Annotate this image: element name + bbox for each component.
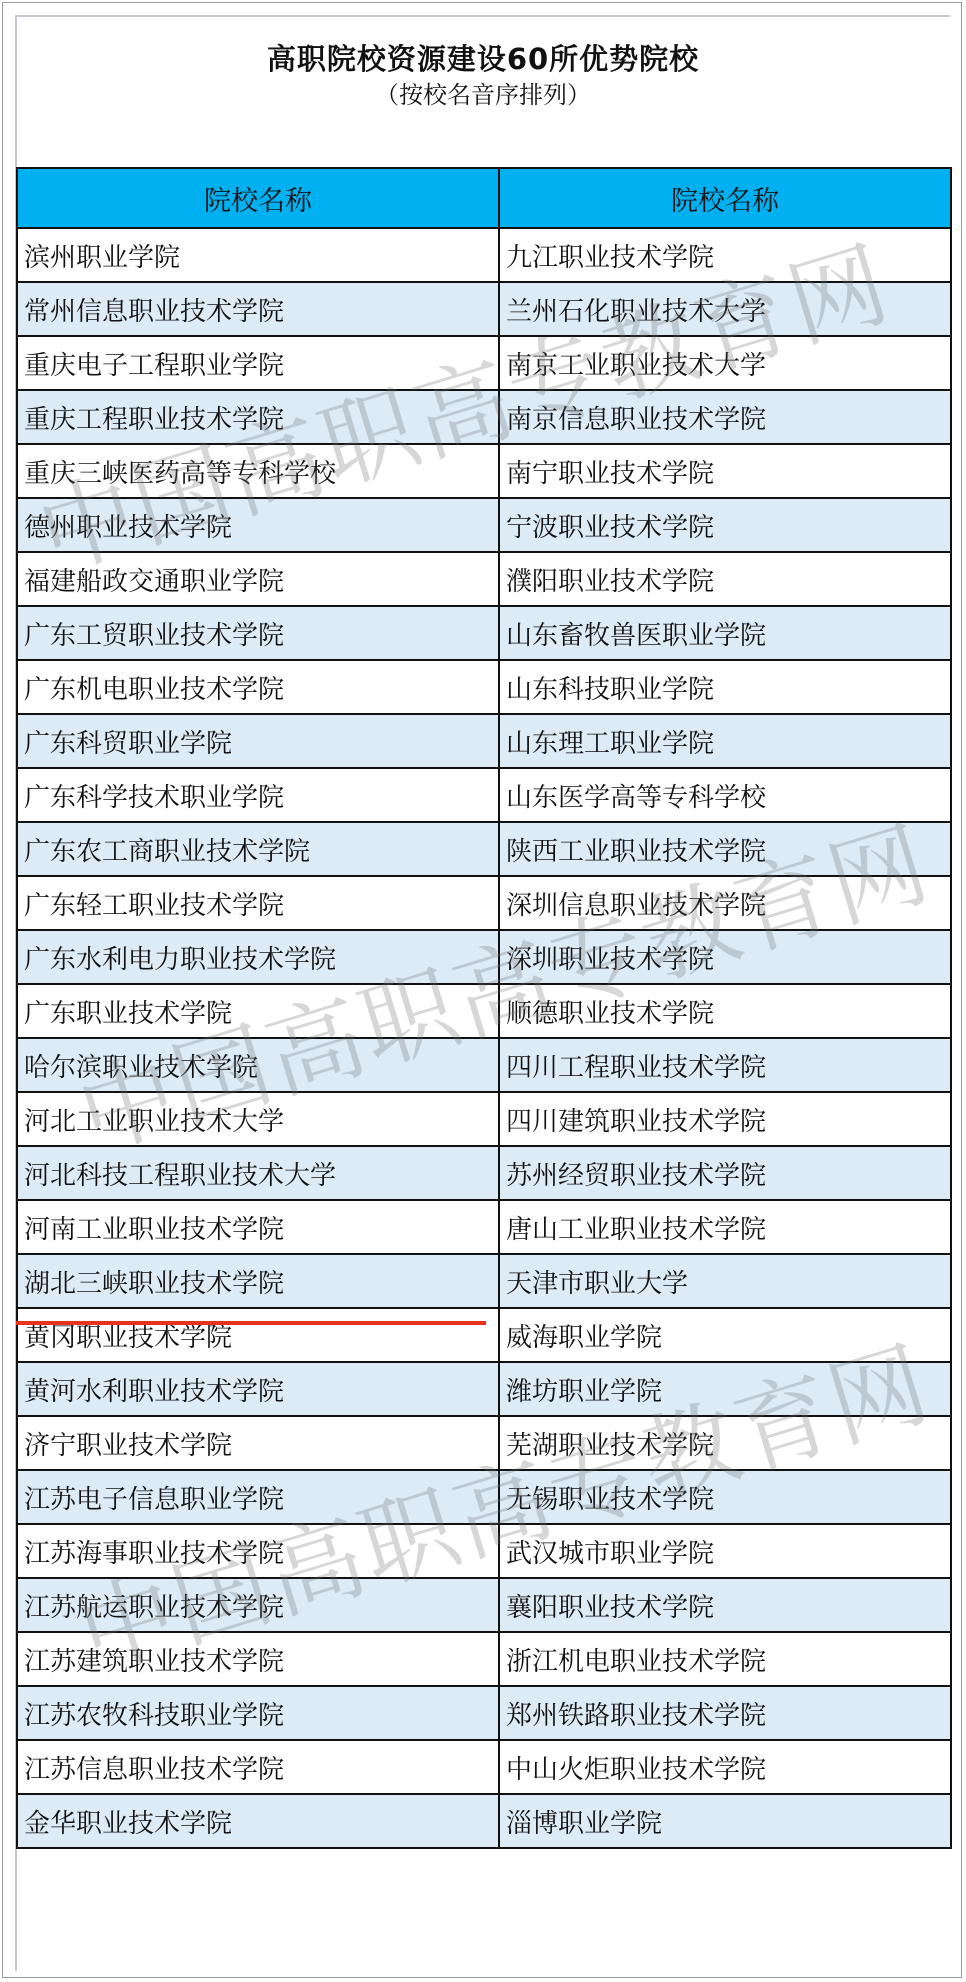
table-row: 江苏电子信息职业学院无锡职业技术学院: [17, 1470, 951, 1524]
school-name-right: 淄博职业学院: [499, 1794, 951, 1848]
school-name-right: 九江职业技术学院: [499, 228, 951, 282]
table-row: 湖北三峡职业技术学院天津市职业大学: [17, 1254, 951, 1308]
school-name-left: 广东轻工职业技术学院: [17, 876, 499, 930]
school-name-right: 芜湖职业技术学院: [499, 1416, 951, 1470]
table-row: 金华职业技术学院淄博职业学院: [17, 1794, 951, 1848]
table-row: 黄河水利职业技术学院潍坊职业学院: [17, 1362, 951, 1416]
school-name-left: 哈尔滨职业技术学院: [17, 1038, 499, 1092]
school-name-right: 深圳信息职业技术学院: [499, 876, 951, 930]
school-name-right: 陕西工业职业技术学院: [499, 822, 951, 876]
school-name-right: 襄阳职业技术学院: [499, 1578, 951, 1632]
school-name-left: 德州职业技术学院: [17, 498, 499, 552]
school-name-right: 唐山工业职业技术学院: [499, 1200, 951, 1254]
school-name-left: 江苏海事职业技术学院: [17, 1524, 499, 1578]
school-name-left: 江苏航运职业技术学院: [17, 1578, 499, 1632]
school-name-right: 山东畜牧兽医职业学院: [499, 606, 951, 660]
table-row: 哈尔滨职业技术学院四川工程职业技术学院: [17, 1038, 951, 1092]
school-name-left: 广东科学技术职业学院: [17, 768, 499, 822]
school-name-right: 深圳职业技术学院: [499, 930, 951, 984]
school-name-right: 威海职业学院: [499, 1308, 951, 1362]
table-row: 广东工贸职业技术学院山东畜牧兽医职业学院: [17, 606, 951, 660]
table-row: 江苏航运职业技术学院襄阳职业技术学院: [17, 1578, 951, 1632]
table-row: 江苏信息职业技术学院中山火炬职业技术学院: [17, 1740, 951, 1794]
table-row: 广东科贸职业学院山东理工职业学院: [17, 714, 951, 768]
school-name-left: 黄河水利职业技术学院: [17, 1362, 499, 1416]
table-row: 河北科技工程职业技术大学苏州经贸职业技术学院: [17, 1146, 951, 1200]
table-row: 广东机电职业技术学院山东科技职业学院: [17, 660, 951, 714]
document-title: 高职院校资源建设60所优势院校: [17, 40, 949, 78]
table-row: 重庆三峡医药高等专科学校南宁职业技术学院: [17, 444, 951, 498]
school-name-right: 南宁职业技术学院: [499, 444, 951, 498]
school-name-right: 濮阳职业技术学院: [499, 552, 951, 606]
school-name-right: 无锡职业技术学院: [499, 1470, 951, 1524]
document-subtitle: （按校名音序排列）: [17, 78, 949, 112]
school-name-left: 湖北三峡职业技术学院: [17, 1254, 499, 1308]
school-name-left: 广东机电职业技术学院: [17, 660, 499, 714]
table-row: 福建船政交通职业学院濮阳职业技术学院: [17, 552, 951, 606]
table-row: 江苏农牧科技职业学院郑州铁路职业技术学院: [17, 1686, 951, 1740]
school-name-left: 重庆工程职业技术学院: [17, 390, 499, 444]
table-row: 重庆电子工程职业学院南京工业职业技术大学: [17, 336, 951, 390]
school-name-right: 郑州铁路职业技术学院: [499, 1686, 951, 1740]
school-name-right: 浙江机电职业技术学院: [499, 1632, 951, 1686]
school-name-left: 江苏电子信息职业学院: [17, 1470, 499, 1524]
school-name-right: 山东理工职业学院: [499, 714, 951, 768]
school-name-left: 河北科技工程职业技术大学: [17, 1146, 499, 1200]
column-header-school-name-left: 院校名称: [17, 168, 499, 228]
school-name-right: 四川建筑职业技术学院: [499, 1092, 951, 1146]
school-name-left: 金华职业技术学院: [17, 1794, 499, 1848]
schools-table: 院校名称 院校名称 滨州职业学院九江职业技术学院常州信息职业技术学院兰州石化职业…: [16, 167, 952, 1849]
highlight-underline: [16, 1321, 486, 1325]
table-row: 德州职业技术学院宁波职业技术学院: [17, 498, 951, 552]
table-row: 常州信息职业技术学院兰州石化职业技术大学: [17, 282, 951, 336]
table-row: 江苏海事职业技术学院武汉城市职业学院: [17, 1524, 951, 1578]
table-row: 广东轻工职业技术学院深圳信息职业技术学院: [17, 876, 951, 930]
school-name-right: 顺德职业技术学院: [499, 984, 951, 1038]
school-name-left: 广东科贸职业学院: [17, 714, 499, 768]
title-block: 高职院校资源建设60所优势院校 （按校名音序排列）: [17, 40, 949, 112]
school-name-left: 广东职业技术学院: [17, 984, 499, 1038]
school-name-right: 四川工程职业技术学院: [499, 1038, 951, 1092]
school-name-right: 山东医学高等专科学校: [499, 768, 951, 822]
table-header-row: 院校名称 院校名称: [17, 168, 951, 228]
school-name-left: 黄冈职业技术学院: [17, 1308, 499, 1362]
school-name-left: 福建船政交通职业学院: [17, 552, 499, 606]
school-name-right: 宁波职业技术学院: [499, 498, 951, 552]
table-row: 河北工业职业技术大学四川建筑职业技术学院: [17, 1092, 951, 1146]
table-body: 滨州职业学院九江职业技术学院常州信息职业技术学院兰州石化职业技术大学重庆电子工程…: [17, 228, 951, 1848]
school-name-left: 常州信息职业技术学院: [17, 282, 499, 336]
school-name-right: 武汉城市职业学院: [499, 1524, 951, 1578]
table-row: 广东水利电力职业技术学院深圳职业技术学院: [17, 930, 951, 984]
table-row: 济宁职业技术学院芜湖职业技术学院: [17, 1416, 951, 1470]
school-name-left: 河北工业职业技术大学: [17, 1092, 499, 1146]
school-name-right: 山东科技职业学院: [499, 660, 951, 714]
school-name-left: 江苏信息职业技术学院: [17, 1740, 499, 1794]
table-row: 广东科学技术职业学院山东医学高等专科学校: [17, 768, 951, 822]
school-name-left: 重庆电子工程职业学院: [17, 336, 499, 390]
table-row: 广东职业技术学院顺德职业技术学院: [17, 984, 951, 1038]
table-row: 黄冈职业技术学院威海职业学院: [17, 1308, 951, 1362]
school-name-left: 济宁职业技术学院: [17, 1416, 499, 1470]
school-name-right: 潍坊职业学院: [499, 1362, 951, 1416]
school-name-right: 南京信息职业技术学院: [499, 390, 951, 444]
school-name-left: 滨州职业学院: [17, 228, 499, 282]
school-name-right: 中山火炬职业技术学院: [499, 1740, 951, 1794]
school-name-left: 广东工贸职业技术学院: [17, 606, 499, 660]
school-name-left: 重庆三峡医药高等专科学校: [17, 444, 499, 498]
table-row: 江苏建筑职业技术学院浙江机电职业技术学院: [17, 1632, 951, 1686]
school-name-right: 兰州石化职业技术大学: [499, 282, 951, 336]
table-row: 滨州职业学院九江职业技术学院: [17, 228, 951, 282]
school-name-right: 南京工业职业技术大学: [499, 336, 951, 390]
school-name-left: 广东农工商职业技术学院: [17, 822, 499, 876]
column-header-school-name-right: 院校名称: [499, 168, 951, 228]
school-name-left: 江苏建筑职业技术学院: [17, 1632, 499, 1686]
table-row: 河南工业职业技术学院唐山工业职业技术学院: [17, 1200, 951, 1254]
school-name-left: 广东水利电力职业技术学院: [17, 930, 499, 984]
school-name-left: 江苏农牧科技职业学院: [17, 1686, 499, 1740]
school-name-right: 苏州经贸职业技术学院: [499, 1146, 951, 1200]
school-name-left: 河南工业职业技术学院: [17, 1200, 499, 1254]
school-name-right: 天津市职业大学: [499, 1254, 951, 1308]
table-row: 重庆工程职业技术学院南京信息职业技术学院: [17, 390, 951, 444]
table-row: 广东农工商职业技术学院陕西工业职业技术学院: [17, 822, 951, 876]
